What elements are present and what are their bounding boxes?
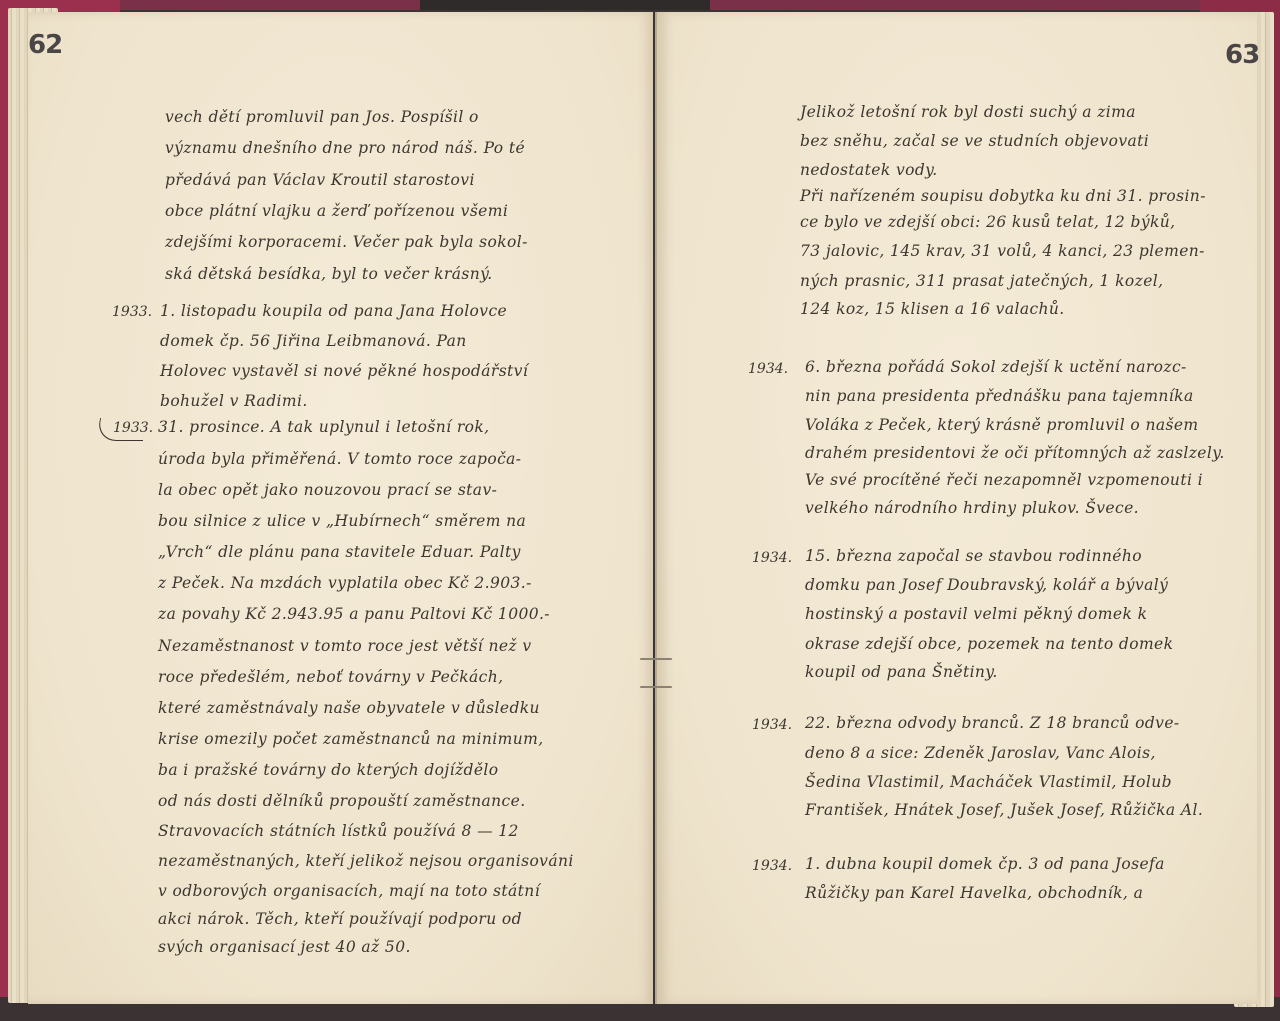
- text-line: Růžičky pan Karel Havelka, obchodník, a: [805, 884, 1143, 902]
- text-line: vech dětí promluvil pan Jos. Pospíšil o: [165, 108, 479, 126]
- book-spine-gutter: [655, 12, 657, 1004]
- text-line: 73 jalovic, 145 krav, 31 volů, 4 kanci, …: [800, 242, 1205, 260]
- text-line: od nás dosti dělníků propouští zaměstnan…: [158, 792, 526, 810]
- text-line: ných prasnic, 311 prasat jatečných, 1 ko…: [800, 272, 1164, 290]
- text-line: 1. listopadu koupila od pana Jana Holovc…: [160, 302, 507, 320]
- text-line: 22. března odvody branců. Z 18 branců od…: [805, 714, 1180, 732]
- background-shadow: [420, 0, 710, 10]
- text-line: úroda byla přiměřená. V tomto roce započ…: [158, 450, 521, 468]
- text-line: 124 koz, 15 klisen a 16 valachů.: [800, 300, 1065, 318]
- text-line: zdejšími korporacemi. Večer pak byla sok…: [165, 233, 528, 251]
- text-line: v odborových organisacích, mají na toto …: [158, 882, 540, 900]
- text-line: Ve své procítěné řeči nezapomněl vzpomen…: [805, 471, 1203, 489]
- text-line: velkého národního hrdiny plukov. Švece.: [805, 499, 1139, 517]
- text-line: Nezaměstnanost v tomto roce jest větší n…: [158, 637, 532, 655]
- text-line: ba i pražské továrny do kterých dojížděl…: [158, 761, 499, 779]
- text-line: bou silnice z ulice v „Hubírnech“ směrem…: [158, 512, 526, 530]
- text-line: významu dnešního dne pro národ náš. Po t…: [165, 139, 525, 157]
- text-line: 31. prosince. A tak uplynul i letošní ro…: [158, 418, 489, 436]
- entry-year: 1934.: [748, 361, 788, 377]
- text-line: akci nárok. Těch, kteří používají podpor…: [158, 910, 522, 928]
- text-line: nedostatek vody.: [800, 161, 938, 179]
- text-line: předává pan Václav Kroutil starostovi: [165, 171, 475, 189]
- text-line: 15. března započal se stavbou rodinného: [805, 547, 1142, 565]
- text-line: okrase zdejší obce, pozemek na tento dom…: [805, 635, 1173, 653]
- text-line: bohužel v Radimi.: [160, 392, 308, 410]
- page-number-left: 62: [28, 30, 62, 60]
- entry-year: 1933.: [112, 304, 152, 320]
- text-line: la obec opět jako nouzovou prací se stav…: [158, 481, 497, 499]
- text-line: nin pana presidenta přednášku pana tajem…: [805, 387, 1194, 405]
- text-line: ce bylo ve zdejší obci: 26 kusů telat, 1…: [800, 213, 1175, 231]
- text-line: roce předešlém, neboť továrny v Pečkách,: [158, 668, 503, 686]
- text-line: hostinský a postavil velmi pěkný domek k: [805, 605, 1147, 623]
- text-line: obce plátní vlajku a žerď pořízenou všem…: [165, 202, 508, 220]
- text-line: 1. dubna koupil domek čp. 3 od pana Jose…: [805, 855, 1165, 873]
- text-line: koupil od pana Šnětiny.: [805, 663, 998, 681]
- entry-year: 1934.: [752, 550, 792, 566]
- text-line: krise omezily počet zaměstnanců na minim…: [158, 730, 544, 748]
- text-line: 6. března pořádá Sokol zdejší k uctění n…: [805, 358, 1187, 376]
- text-line: svých organisací jest 40 až 50.: [158, 938, 411, 956]
- entry-year: 1933.: [113, 420, 153, 436]
- text-line: ská dětská besídka, byl to večer krásný.: [165, 265, 493, 283]
- binding-stitch: [640, 658, 672, 660]
- text-line: František, Hnátek Josef, Jušek Josef, Rů…: [805, 801, 1203, 819]
- text-line: „Vrch“ dle plánu pana stavitele Eduar. P…: [158, 543, 521, 561]
- text-line: Jelikož letošní rok byl dosti suchý a zi…: [800, 103, 1136, 121]
- text-line: domku pan Josef Doubravský, kolář a býva…: [805, 576, 1168, 594]
- text-line: deno 8 a sice: Zdeněk Jaroslav, Vanc Alo…: [805, 744, 1156, 762]
- text-line: Šedina Vlastimil, Macháček Vlastimil, Ho…: [805, 773, 1172, 791]
- page-number-right: 63: [1225, 40, 1259, 70]
- text-line: bez sněhu, začal se ve studních objevova…: [800, 132, 1149, 150]
- text-line: za povahy Kč 2.943.95 a panu Paltovi Kč …: [158, 605, 550, 623]
- text-line: domek čp. 56 Jiřina Leibmanová. Pan: [160, 332, 467, 350]
- text-line: Voláka z Peček, který krásně promluvil o…: [805, 416, 1199, 434]
- entry-year: 1934.: [752, 717, 792, 733]
- text-line: nezaměstnaných, kteří jelikož nejsou org…: [158, 852, 574, 870]
- binding-stitch: [640, 686, 672, 688]
- entry-year: 1934.: [752, 858, 792, 874]
- text-line: Stravovacích státních lístků používá 8 —…: [158, 822, 519, 840]
- text-line: z Peček. Na mzdách vyplatila obec Kč 2.9…: [158, 574, 532, 592]
- text-line: Holovec vystavěl si nové pěkné hospodářs…: [160, 362, 528, 380]
- text-line: které zaměstnávaly naše obyvatele v důsl…: [158, 699, 540, 717]
- text-line: Při nařízeném soupisu dobytka ku dni 31.…: [800, 187, 1206, 205]
- text-line: drahém presidentovi že oči přítomných až…: [805, 444, 1225, 462]
